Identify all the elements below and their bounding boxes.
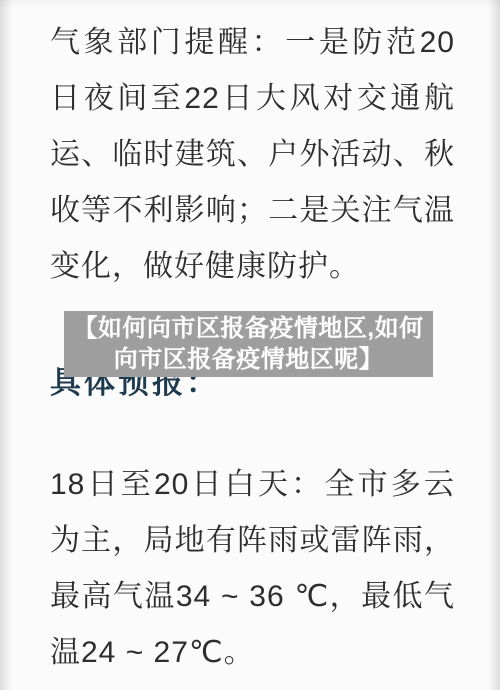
paragraph-weather-reminder: 气象部门提醒：一是防范20日夜间至22日大风对交通航运、临时建筑、户外活动、秋收…: [50, 15, 455, 295]
paragraph-forecast-detail: 18日至20日白天：全市多云为主，局地有阵雨或雷阵雨，最高气温34 ~ 36 ℃…: [50, 457, 455, 681]
article-page: 气象部门提醒：一是防范20日夜间至22日大风对交通航运、临时建筑、户外活动、秋收…: [0, 0, 500, 690]
spam-ad-overlay[interactable]: 【如何向市区报备疫情地区,如何向市区报备疫情地区呢】: [64, 311, 433, 377]
spam-ad-text: 【如何向市区报备疫情地区,如何向市区报备疫情地区呢】: [70, 313, 427, 375]
